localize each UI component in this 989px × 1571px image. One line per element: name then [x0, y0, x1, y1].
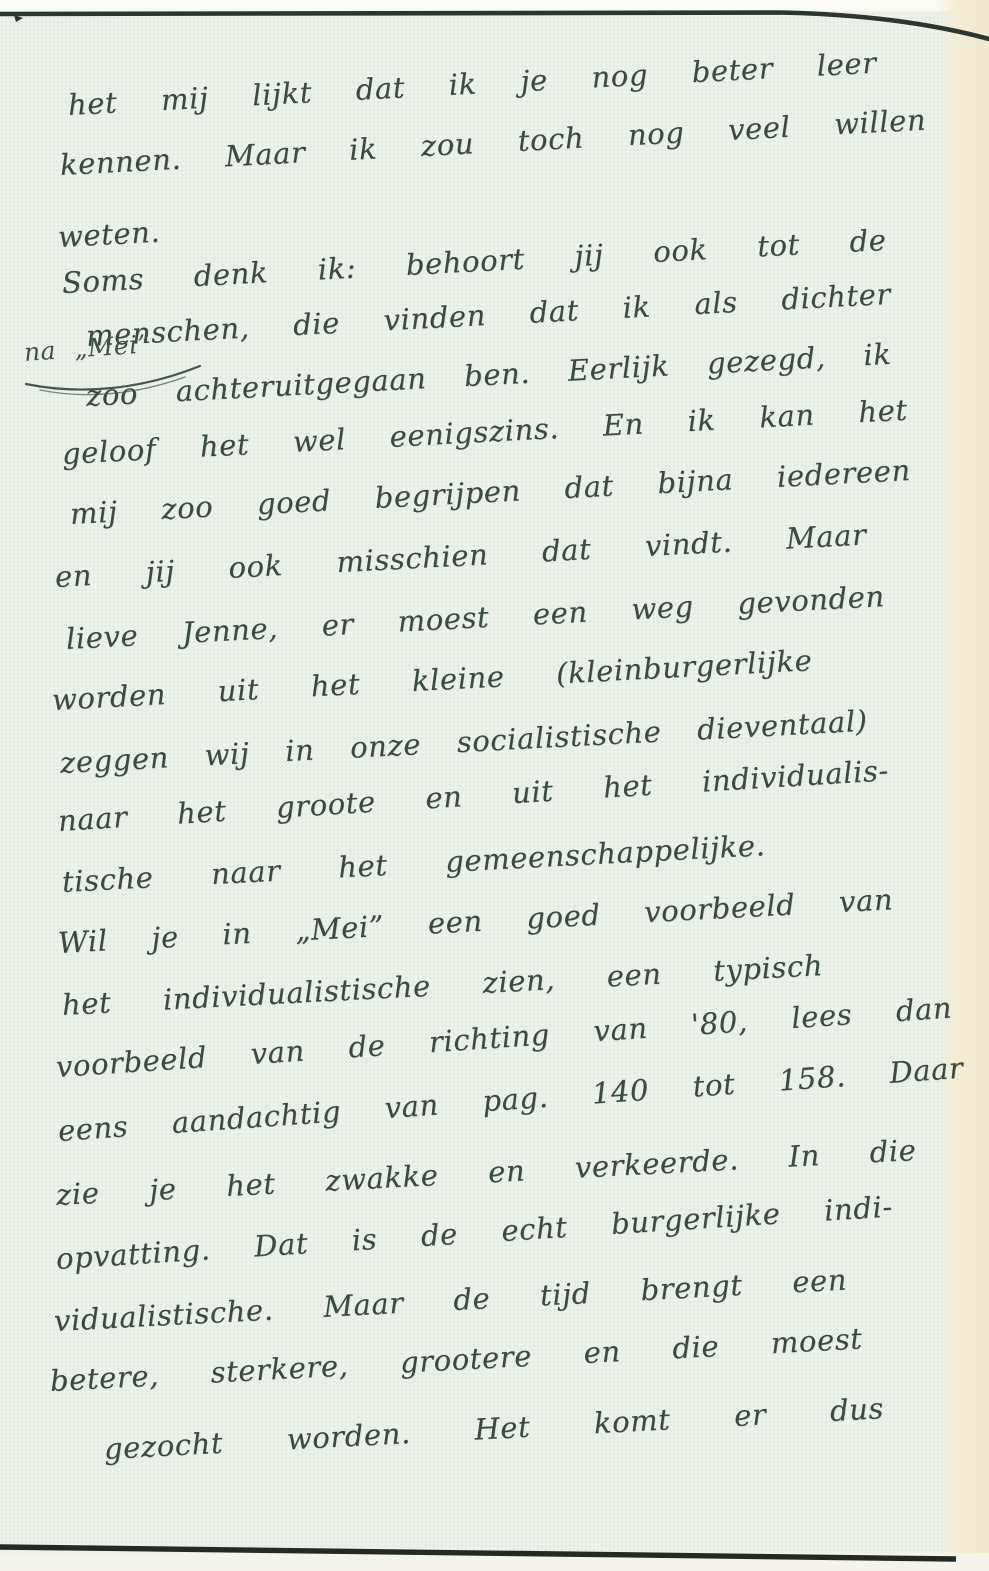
top-scan-margin [0, 0, 989, 11]
scanned-letter-page: het mij lijkt dat ik je nog beter leer k… [0, 0, 989, 1571]
handwritten-line-3: weten. [57, 211, 161, 258]
bottom-scan-margin [0, 1553, 989, 1571]
page-edge-right [937, 0, 989, 1571]
